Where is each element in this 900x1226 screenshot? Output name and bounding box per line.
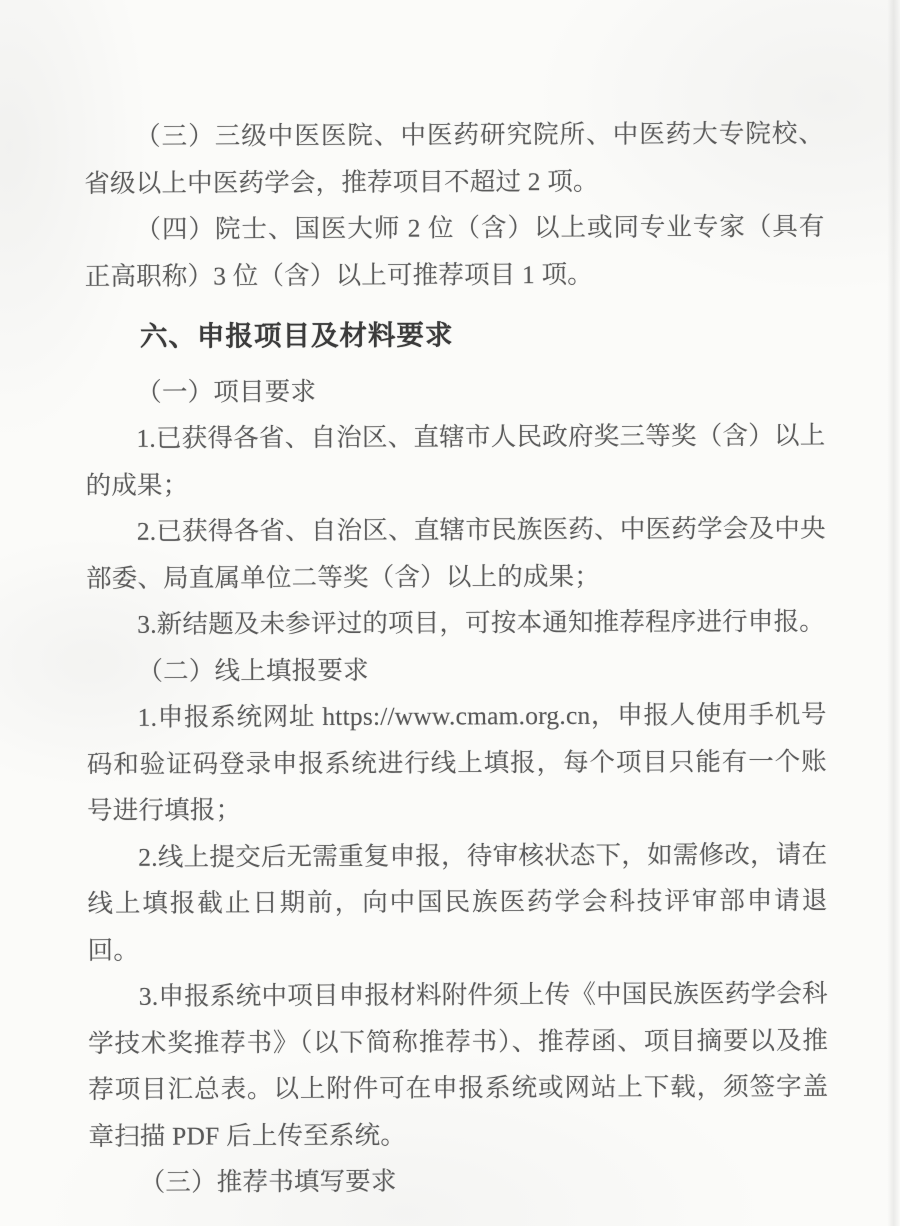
subsection-project-requirements: （一）项目要求 xyxy=(85,366,825,416)
paragraph-filing-1-system-url: 1.申报系统网址 https://www.cmam.org.cn，申报人使用手机… xyxy=(87,692,828,835)
paragraph-requirement-3: 3.新结题及未参评过的项目，可按本通知推荐程序进行申报。 xyxy=(86,599,826,649)
paragraph-requirement-1: 1.已获得各省、自治区、直辖市人民政府奖三等奖（含）以上的成果； xyxy=(85,413,825,509)
paragraph-filing-2-modification: 2.线上提交后无需重复申报，待审核状态下，如需修改，请在线上填报截止日期前，向中… xyxy=(87,831,828,974)
section-heading-application-materials: 六、申报项目及材料要求 xyxy=(85,311,825,361)
paragraph-filing-3-attachments: 3.申报系统中项目申报材料附件须上传《中国民族医药学会科学技术奖推荐书》（以下简… xyxy=(88,971,829,1160)
paragraph-requirement-2: 2.已获得各省、自治区、直辖市民族医药、中医药学会及中央部委、局直属单位二等奖（… xyxy=(86,506,826,602)
paragraph-recommenders-tier3: （三）三级中医医院、中医药研究院所、中医药大专院校、省级以上中医药学会，推荐项目… xyxy=(84,111,824,207)
subsection-online-filing-requirements: （二）线上填报要求 xyxy=(86,645,826,695)
document-text-block: （三）三级中医医院、中医药研究院所、中医药大专院校、省级以上中医药学会，推荐项目… xyxy=(84,111,829,1207)
scanned-document-page: （三）三级中医医院、中医药研究院所、中医药大专院校、省级以上中医药学会，推荐项目… xyxy=(0,0,900,1226)
subsection-recommendation-form-requirements: （三）推荐书填写要求 xyxy=(89,1157,829,1207)
paragraph-recommenders-experts: （四）院士、国医大师 2 位（含）以上或同专业专家（具有正高职称）3 位（含）以… xyxy=(84,204,824,300)
